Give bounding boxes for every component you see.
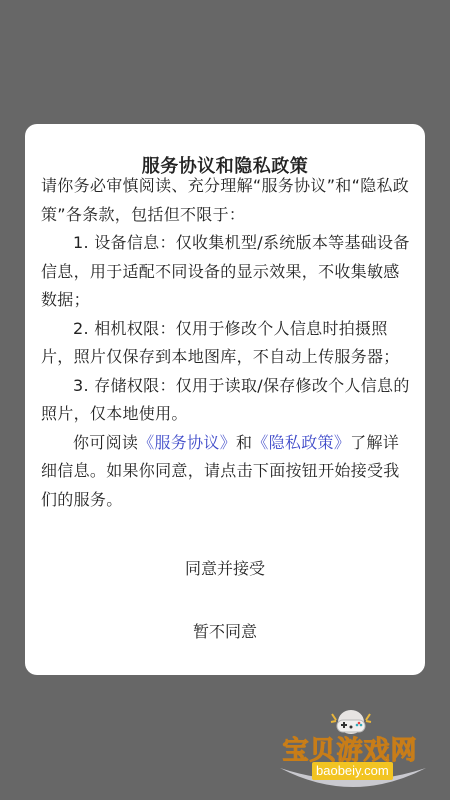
closing-text: 你可阅读《服务协议》和《隐私政策》了解详细信息。如果你同意，请点击下面按钮开始接… [41,429,411,515]
closing-prefix: 你可阅读 [73,433,138,452]
privacy-dialog: 服务协议和隐私政策 请你务必审慎阅读、充分理解“服务协议”和“隐私政策”各条款，… [25,124,425,675]
site-watermark: 宝贝游戏网 baobeiy.com [270,708,440,798]
disagree-button[interactable]: 暂不同意 [25,612,425,652]
dialog-body: 请你务必审慎阅读、充分理解“服务协议”和“隐私政策”各条款，包括但不限于： 1.… [41,172,411,514]
service-agreement-link[interactable]: 《服务协议》 [138,433,236,452]
closing-middle: 和 [236,433,252,452]
item-device-info: 1. 设备信息：仅收集机型/系统版本等基础设备信息，用于适配不同设备的显示效果，… [41,229,411,315]
privacy-policy-link[interactable]: 《隐私政策》 [252,433,350,452]
watermark-domain: baobeiy.com [312,762,393,780]
intro-text: 请你务必审慎阅读、充分理解“服务协议”和“隐私政策”各条款，包括但不限于： [41,172,411,229]
agree-button[interactable]: 同意并接受 [25,549,425,589]
item-storage-permission: 3. 存储权限：仅用于读取/保存修改个人信息的照片，仅本地使用。 [41,372,411,429]
item-camera-permission: 2. 相机权限：仅用于修改个人信息时拍摄照片，照片仅保存到本地图库，不自动上传服… [41,315,411,372]
